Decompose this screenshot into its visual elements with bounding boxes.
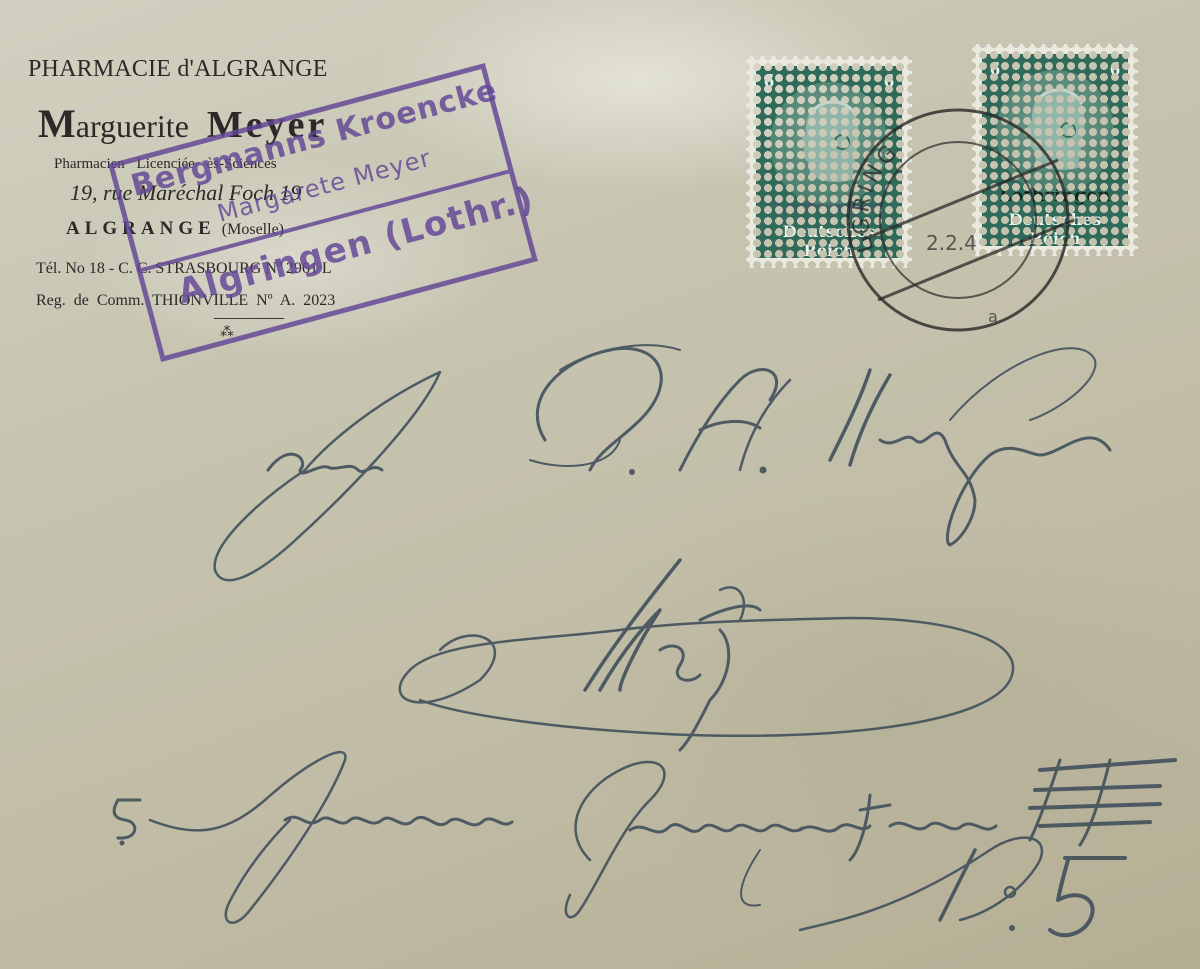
salutation-strokes xyxy=(215,372,440,580)
street-strokes xyxy=(114,752,996,923)
stamp-frame: 6 6 Lothringen Deutsches Reich xyxy=(756,66,902,258)
address-salutation: Herrn xyxy=(0,0,1,1)
stamp-overprint: Lothringen xyxy=(988,186,1122,206)
stamp-frame: 6 6 Lothringen Deutsches Reich xyxy=(982,54,1128,246)
initial-strokes xyxy=(680,370,790,473)
stamp-value-right: 6 xyxy=(1110,58,1120,81)
owner-first-name: arguerite xyxy=(76,108,189,144)
address-city: Metz xyxy=(0,0,1,1)
postage-stamp-1: 6 6 Lothringen Deutsches Reich xyxy=(746,56,912,268)
surname-strokes xyxy=(830,348,1110,545)
address-street: 5. Hermann Goeringstrasse xyxy=(0,0,1,1)
envelope: PHARMACIE d'ALGRANGE MargueriteMeyer Pha… xyxy=(0,0,1200,969)
stamp-country: Deutsches Reich xyxy=(760,222,898,258)
portrait-icon xyxy=(1012,80,1092,178)
house-number-strokes xyxy=(800,760,1175,935)
stamp-value-left: 6 xyxy=(764,70,774,93)
pharmacy-name: PHARMACIE d'ALGRANGE xyxy=(28,56,328,83)
stamp-value-right: 6 xyxy=(884,70,894,93)
portrait-icon xyxy=(786,92,866,190)
title-strokes xyxy=(530,345,680,474)
owner-initial: M xyxy=(38,101,76,146)
postmark-code: a xyxy=(988,307,998,326)
stamp-overprint: Lothringen xyxy=(762,198,896,218)
postmark-date: 2.2.4 xyxy=(926,231,977,255)
city-strokes xyxy=(400,560,1013,750)
address-recipient: Dr. H. Wiltzer xyxy=(0,0,1,1)
stamp-country: Deutsches Reich xyxy=(986,210,1124,246)
address-house-number: Nº 5 xyxy=(0,0,1,1)
stamp-value-left: 6 xyxy=(990,58,1000,81)
postage-stamp-2: 6 6 Lothringen Deutsches Reich xyxy=(972,44,1138,256)
